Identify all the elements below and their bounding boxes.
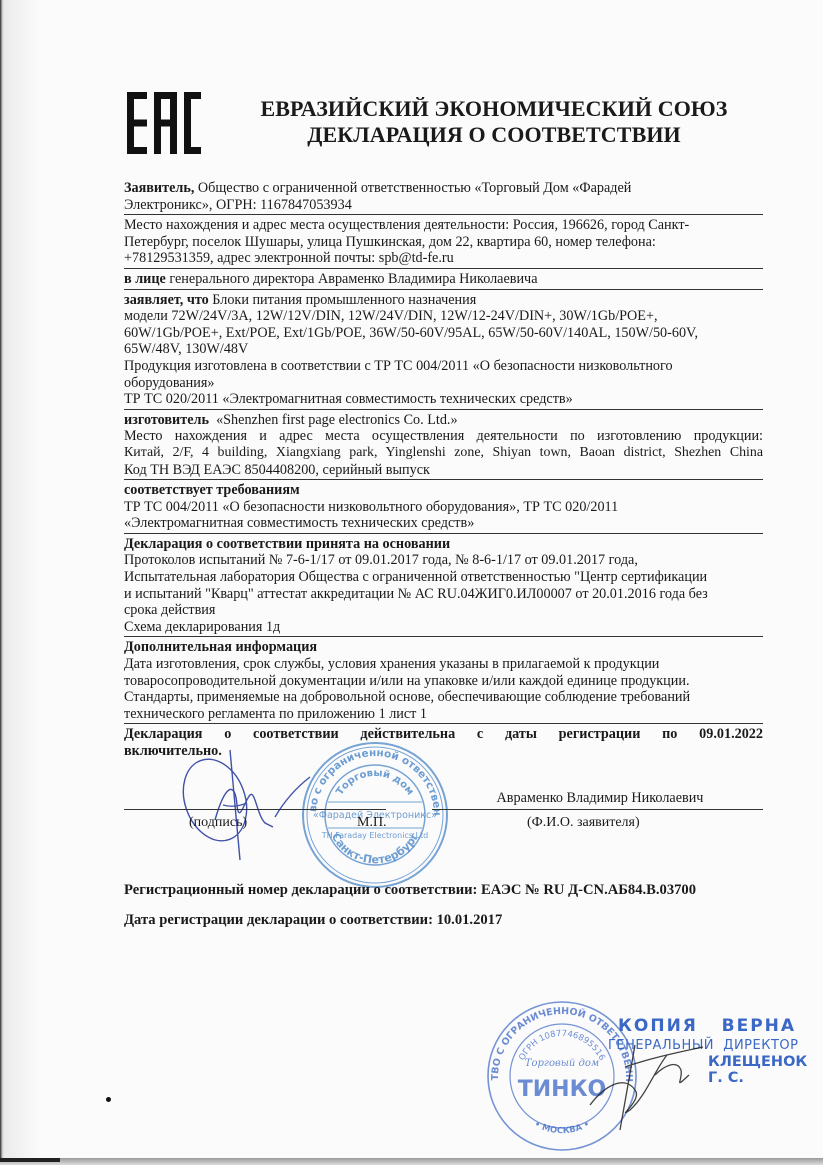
applicant-section: Заявитель, Общество с ограниченной ответ… <box>124 180 763 215</box>
document-title: ЕВРАЗИЙСКИЙ ЭКОНОМИЧЕСКИЙ СОЮЗ ДЕКЛАРАЦИ… <box>224 96 764 148</box>
seal-caption: М.П. <box>357 815 387 831</box>
registration-date: Дата регистрации декларации о соответств… <box>124 912 502 929</box>
scan-left-edge <box>0 0 4 1165</box>
basis-line: Испытательная лаборатория Общества с огр… <box>124 569 763 586</box>
basis-label: Декларация о соответствии принята на осн… <box>124 536 763 553</box>
name-line <box>432 809 763 810</box>
basis-line: срока действия <box>124 602 763 619</box>
applicant-label: Заявитель, <box>124 180 194 196</box>
manufacturer-address: Китай, 2/F, 4 building, Xiangxiang park,… <box>124 445 763 462</box>
represented-section: в лице генерального директора Авраменко … <box>124 271 763 290</box>
complies-label: соответствует требованиям <box>124 482 763 499</box>
additional-line: Стандарты, применяемые на добровольной о… <box>124 689 763 706</box>
scan-bottom-edge <box>0 1158 823 1165</box>
title-declaration: ДЕКЛАРАЦИЯ О СООТВЕТСТВИИ <box>224 122 764 148</box>
made-line: ТР ТС 020/2011 «Электромагнитная совмест… <box>124 391 763 408</box>
basis-section: Декларация о соответствии принята на осн… <box>124 536 763 638</box>
manufacturer-label: изготовитель <box>124 412 209 428</box>
copy-signature <box>585 1035 705 1140</box>
signature-line <box>124 809 386 810</box>
eac-mark-icon <box>127 92 201 154</box>
copy-director-name: КЛЕЩЕНОК Г. С. <box>708 1054 823 1086</box>
scan-shadow <box>0 0 40 1165</box>
svg-text:Торговый дом: Торговый дом <box>334 768 415 798</box>
models-line: 60W/1Gb/POE+, Ext/POE, Ext/1Gb/POE, 36W/… <box>124 325 763 342</box>
basis-line: Протоколов испытаний № 7-6-1/17 от 09.01… <box>124 552 763 569</box>
represented-label: в лице <box>124 271 166 287</box>
models-line: модели 72W/24V/3A, 12W/12V/DIN, 12W/24V/… <box>124 308 763 325</box>
location-contacts: +78129531359, адрес электронной почты: s… <box>124 250 763 267</box>
manufacturer-name: «Shenzhen first page electronics Co. Ltd… <box>209 412 458 428</box>
made-line: оборудования» <box>124 375 763 392</box>
complies-line: «Электромагнитная совместимость техничес… <box>124 515 763 532</box>
hs-code: Код ТН ВЭД ЕАЭС 8504408200, серийный вып… <box>124 462 763 479</box>
registration-number: Регистрационный номер декларации о соотв… <box>124 882 696 899</box>
location-section: Место нахождения и адрес места осуществл… <box>124 217 763 269</box>
applicant-text: Общество с ограниченной ответственностью… <box>194 180 631 196</box>
declares-label: заявляет, что <box>124 292 209 308</box>
copy-true-label: КОПИЯ ВЕРНА <box>618 1016 823 1036</box>
applicant-ogrn: Электроникс», ОГРН: 1167847053934 <box>124 197 763 214</box>
made-line: Продукция изготовлена в соответствии с Т… <box>124 358 763 375</box>
svg-text:• МОСКВА •: • МОСКВА • <box>532 1119 591 1136</box>
manufacturer-section: изготовитель «Shenzhen first page electr… <box>124 412 763 480</box>
complies-section: соответствует требованиям ТР ТС 004/2011… <box>124 482 763 534</box>
additional-line: технического регламента по приложению 1 … <box>124 706 763 723</box>
product-name: Блоки питания промышленного назначения <box>209 292 477 308</box>
additional-label: Дополнительная информация <box>124 639 763 656</box>
title-union: ЕВРАЗИЙСКИЙ ЭКОНОМИЧЕСКИЙ СОЮЗ <box>224 96 764 122</box>
signatory-name: Авраменко Владимир Николаевич <box>470 790 730 807</box>
models-line: 65W/48V, 130W/48V <box>124 341 763 358</box>
additional-section: Дополнительная информация Дата изготовле… <box>124 639 763 724</box>
name-caption: (Ф.И.О. заявителя) <box>527 815 640 831</box>
basis-line: и испытаний "Кварц" аттестат аккредитаци… <box>124 586 763 603</box>
additional-line: товаросопроводительной документации и/ил… <box>124 673 763 690</box>
signature-caption: (подпись) <box>189 815 247 831</box>
complies-line: ТР ТС 004/2011 «О безопасности низковоль… <box>124 499 763 516</box>
declaration-scheme: Схема декларирования 1д <box>124 619 763 636</box>
scan-speck <box>106 1097 111 1102</box>
declaration-body: Заявитель, Общество с ограниченной ответ… <box>124 180 763 760</box>
applicant-signature <box>175 745 315 870</box>
manufacturer-location: Место нахождения и адрес места осуществл… <box>124 428 763 445</box>
location-line: Петербург, поселок Шушары, улица Пушкинс… <box>124 234 763 251</box>
represented-text: генерального директора Авраменко Владими… <box>166 271 538 287</box>
additional-line: Дата изготовления, срок службы, условия … <box>124 656 763 673</box>
location-line: Место нахождения и адрес места осуществл… <box>124 217 763 234</box>
declares-section: заявляет, что Блоки питания промышленног… <box>124 292 763 410</box>
